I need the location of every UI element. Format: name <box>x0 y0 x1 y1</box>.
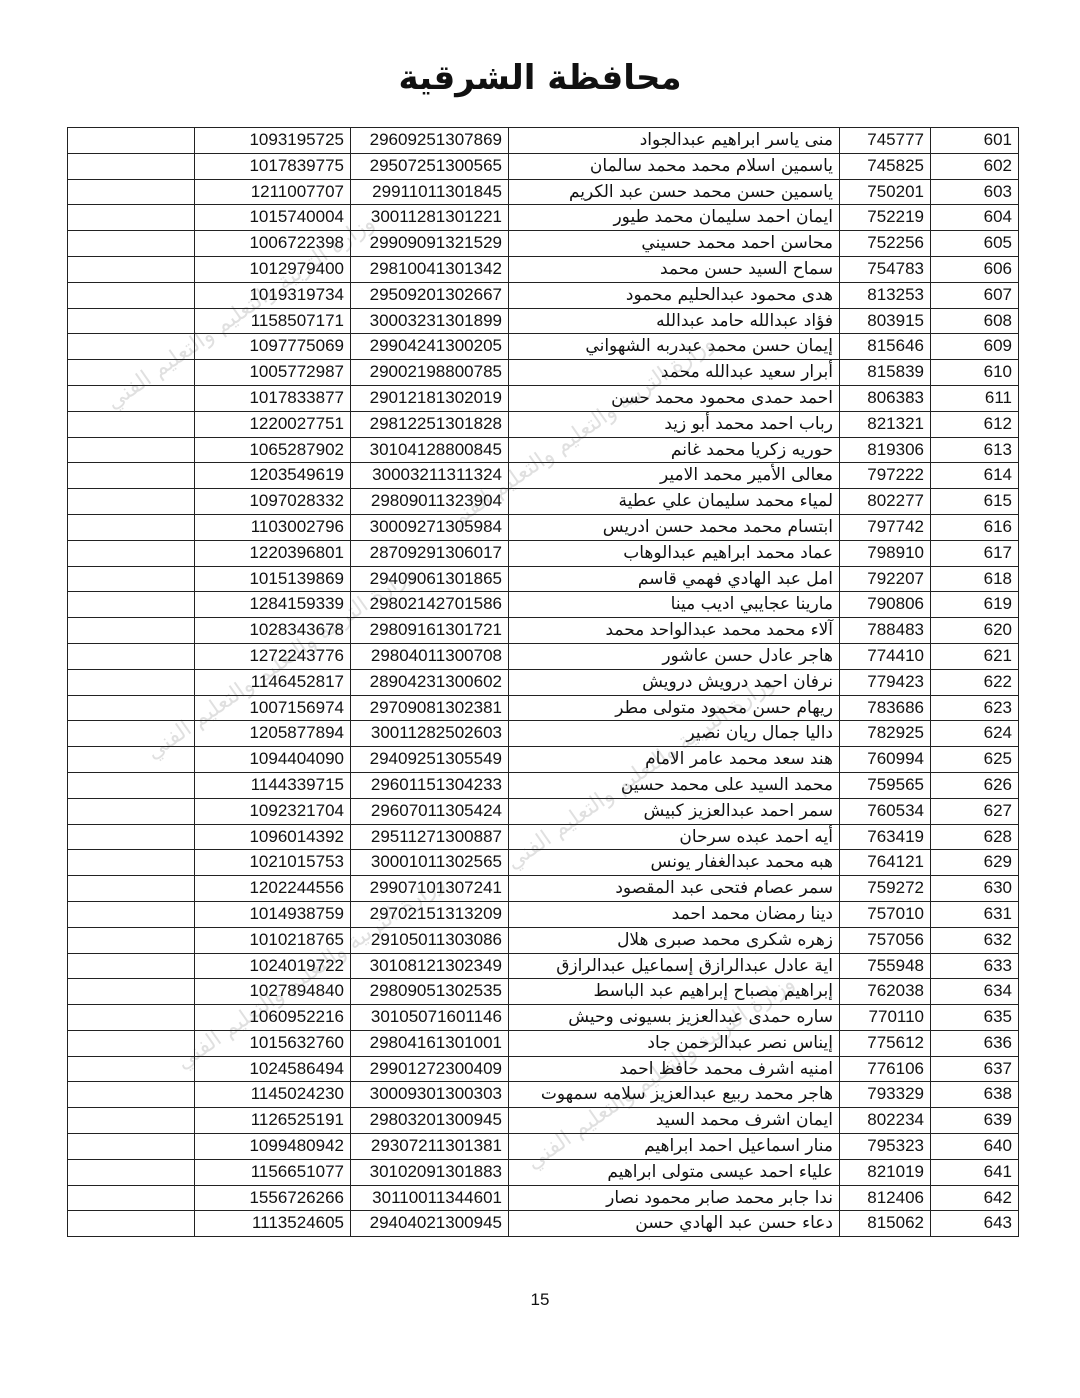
national-id-cell: 29507251300565 <box>351 153 509 179</box>
phone-cell: 1099480942 <box>195 1134 351 1160</box>
serial-cell: 631 <box>931 901 1019 927</box>
name-cell: اية عادل عبدالرازق إسماعيل عبدالرازق <box>509 953 840 979</box>
national-id-cell: 30011282502603 <box>351 721 509 747</box>
blank-cell <box>68 231 195 257</box>
serial-cell: 622 <box>931 669 1019 695</box>
national-id-cell: 30105071601146 <box>351 1005 509 1031</box>
phone-cell: 1014938759 <box>195 901 351 927</box>
phone-cell: 1284159339 <box>195 592 351 618</box>
blank-cell <box>68 179 195 205</box>
national-id-cell: 29909091321529 <box>351 231 509 257</box>
serial-cell: 643 <box>931 1211 1019 1237</box>
blank-cell <box>68 772 195 798</box>
code-cell: 782925 <box>840 721 931 747</box>
serial-cell: 608 <box>931 308 1019 334</box>
phone-cell: 1145024230 <box>195 1082 351 1108</box>
blank-cell <box>68 669 195 695</box>
phone-cell: 1144339715 <box>195 772 351 798</box>
name-cell: ايمان احمد سليمان محمد طيور <box>509 205 840 231</box>
blank-cell <box>68 747 195 773</box>
code-cell: 815839 <box>840 360 931 386</box>
name-cell: حوريه زكريا محمد غانم <box>509 437 840 463</box>
code-cell: 792207 <box>840 566 931 592</box>
national-id-cell: 29911011301845 <box>351 179 509 205</box>
code-cell: 802234 <box>840 1108 931 1134</box>
page-number: 15 <box>0 1290 1080 1310</box>
blank-cell <box>68 721 195 747</box>
table-row: 100715697429709081302381ريهام حسن محمود … <box>68 695 1019 721</box>
name-cell: هدى محمود عبدالحليم محمود <box>509 282 840 308</box>
blank-cell <box>68 850 195 876</box>
name-cell: ريهام حسن محمود متولى مطر <box>509 695 840 721</box>
serial-cell: 601 <box>931 128 1019 154</box>
table-row: 101574000430011281301221ايمان احمد سليما… <box>68 205 1019 231</box>
name-cell: معالى الأمير محمد الامير <box>509 463 840 489</box>
blank-cell <box>68 1134 195 1160</box>
national-id-cell: 29409061301865 <box>351 566 509 592</box>
phone-cell: 1015139869 <box>195 566 351 592</box>
serial-cell: 640 <box>931 1134 1019 1160</box>
national-id-cell: 29609251307869 <box>351 128 509 154</box>
table-row: 115850717130003231301899فؤاد عبدالله حام… <box>68 308 1019 334</box>
table-row: 109319572529609251307869منى ياسر ابراهيم… <box>68 128 1019 154</box>
serial-cell: 618 <box>931 566 1019 592</box>
table-row: 109702833229809011323904لمياء محمد سليما… <box>68 489 1019 515</box>
serial-cell: 628 <box>931 824 1019 850</box>
blank-cell <box>68 643 195 669</box>
code-cell: 763419 <box>840 824 931 850</box>
national-id-cell: 29607011305424 <box>351 798 509 824</box>
table-row: 121100770729911011301845ياسمين حسن محمد … <box>68 179 1019 205</box>
serial-cell: 629 <box>931 850 1019 876</box>
code-cell: 757056 <box>840 927 931 953</box>
code-cell: 745825 <box>840 153 931 179</box>
national-id-cell: 28904231300602 <box>351 669 509 695</box>
code-cell: 812406 <box>840 1185 931 1211</box>
serial-cell: 615 <box>931 489 1019 515</box>
code-cell: 821019 <box>840 1159 931 1185</box>
national-id-cell: 30009301300303 <box>351 1082 509 1108</box>
code-cell: 775612 <box>840 1030 931 1056</box>
blank-cell <box>68 128 195 154</box>
name-cell: هبه محمد عبدالغفار يونس <box>509 850 840 876</box>
serial-cell: 630 <box>931 876 1019 902</box>
phone-cell: 1096014392 <box>195 824 351 850</box>
blank-cell <box>68 153 195 179</box>
code-cell: 790806 <box>840 592 931 618</box>
roster-table: 109319572529609251307869منى ياسر ابراهيم… <box>67 127 1019 1237</box>
code-cell: 774410 <box>840 643 931 669</box>
table-row: 101513986929409061301865امل عبد الهادي ف… <box>68 566 1019 592</box>
national-id-cell: 29802142701586 <box>351 592 509 618</box>
table-row: 155672626630110011344601ندا جابر محمد صا… <box>68 1185 1019 1211</box>
code-cell: 795323 <box>840 1134 931 1160</box>
blank-cell <box>68 824 195 850</box>
code-cell: 759565 <box>840 772 931 798</box>
blank-cell <box>68 205 195 231</box>
table-row: 120354961930003211311324معالى الأمير محم… <box>68 463 1019 489</box>
national-id-cell: 30003211311324 <box>351 463 509 489</box>
serial-cell: 609 <box>931 334 1019 360</box>
serial-cell: 606 <box>931 256 1019 282</box>
blank-cell <box>68 979 195 1005</box>
phone-cell: 1146452817 <box>195 669 351 695</box>
national-id-cell: 30110011344601 <box>351 1185 509 1211</box>
name-cell: ابتسام محمد محمد حسن ادريس <box>509 514 840 540</box>
name-cell: أيه احمد عبده سرحان <box>509 824 840 850</box>
national-id-cell: 29709081302381 <box>351 695 509 721</box>
name-cell: منى ياسر ابراهيم عبدالجواد <box>509 128 840 154</box>
code-cell: 797742 <box>840 514 931 540</box>
code-cell: 821321 <box>840 411 931 437</box>
national-id-cell: 29810041301342 <box>351 256 509 282</box>
name-cell: هند سعد محمد عامر الامام <box>509 747 840 773</box>
code-cell: 757010 <box>840 901 931 927</box>
name-cell: إيناس نصر عبدالرحمن جاد <box>509 1030 840 1056</box>
name-cell: آلاء محمد محمد عبدالواحد محمد <box>509 618 840 644</box>
serial-cell: 616 <box>931 514 1019 540</box>
table-row: 120224455629907101307241سمر عصام فتحى عب… <box>68 876 1019 902</box>
serial-cell: 621 <box>931 643 1019 669</box>
national-id-cell: 30009271305984 <box>351 514 509 540</box>
blank-cell <box>68 411 195 437</box>
national-id-cell: 29002198800785 <box>351 360 509 386</box>
phone-cell: 1065287902 <box>195 437 351 463</box>
serial-cell: 602 <box>931 153 1019 179</box>
blank-cell <box>68 360 195 386</box>
phone-cell: 1005772987 <box>195 360 351 386</box>
serial-cell: 639 <box>931 1108 1019 1134</box>
national-id-cell: 30001011302565 <box>351 850 509 876</box>
phone-cell: 1126525191 <box>195 1108 351 1134</box>
national-id-cell: 29809051302535 <box>351 979 509 1005</box>
code-cell: 752256 <box>840 231 931 257</box>
table-row: 114645281728904231300602نرفان احمد درويش… <box>68 669 1019 695</box>
table-row: 109777506929904241300205إيمان حسن محمد ع… <box>68 334 1019 360</box>
phone-cell: 1024586494 <box>195 1056 351 1082</box>
phone-cell: 1556726266 <box>195 1185 351 1211</box>
national-id-cell: 29511271300887 <box>351 824 509 850</box>
serial-cell: 617 <box>931 540 1019 566</box>
code-cell: 760994 <box>840 747 931 773</box>
code-cell: 802277 <box>840 489 931 515</box>
name-cell: سمر عصام فتحى عبد المقصود <box>509 876 840 902</box>
blank-cell <box>68 798 195 824</box>
table-row: 122039680128709291306017عماد محمد ابراهي… <box>68 540 1019 566</box>
national-id-cell: 29803201300945 <box>351 1108 509 1134</box>
table-row: 102401972230108121302349اية عادل عبدالرا… <box>68 953 1019 979</box>
table-row: 102789484029809051302535إبراهيم مصباح إب… <box>68 979 1019 1005</box>
name-cell: لمياء محمد سليمان علي عطية <box>509 489 840 515</box>
national-id-cell: 30011281301221 <box>351 205 509 231</box>
code-cell: 755948 <box>840 953 931 979</box>
blank-cell <box>68 1108 195 1134</box>
table-row: 100577298729002198800785أبرار سعيد عبدال… <box>68 360 1019 386</box>
table-row: 101783387729012181302019احمد حمدى محمود … <box>68 385 1019 411</box>
table-row: 109232170429607011305424سمر احمد عبدالعز… <box>68 798 1019 824</box>
code-cell: 803915 <box>840 308 931 334</box>
serial-cell: 614 <box>931 463 1019 489</box>
code-cell: 819306 <box>840 437 931 463</box>
national-id-cell: 30003231301899 <box>351 308 509 334</box>
national-id-cell: 29809011323904 <box>351 489 509 515</box>
name-cell: علياء احمد عيسى متولى ابراهيم <box>509 1159 840 1185</box>
phone-cell: 1092321704 <box>195 798 351 824</box>
phone-cell: 1007156974 <box>195 695 351 721</box>
table-row: 127224377629804011300708هاجر عادل حسن عا… <box>68 643 1019 669</box>
table-row: 101931973429509201302667هدى محمود عبدالح… <box>68 282 1019 308</box>
phone-cell: 1019319734 <box>195 282 351 308</box>
code-cell: 788483 <box>840 618 931 644</box>
national-id-cell: 30108121302349 <box>351 953 509 979</box>
phone-cell: 1103002796 <box>195 514 351 540</box>
national-id-cell: 29404021300945 <box>351 1211 509 1237</box>
phone-cell: 1015632760 <box>195 1030 351 1056</box>
serial-cell: 624 <box>931 721 1019 747</box>
code-cell: 779423 <box>840 669 931 695</box>
serial-cell: 610 <box>931 360 1019 386</box>
code-cell: 770110 <box>840 1005 931 1031</box>
table-row: 109948094229307211301381منار اسماعيل احم… <box>68 1134 1019 1160</box>
national-id-cell: 29904241300205 <box>351 334 509 360</box>
serial-cell: 626 <box>931 772 1019 798</box>
national-id-cell: 30102091301883 <box>351 1159 509 1185</box>
table-row: 102834367829809161301721آلاء محمد محمد ع… <box>68 618 1019 644</box>
code-cell: 762038 <box>840 979 931 1005</box>
blank-cell <box>68 953 195 979</box>
serial-cell: 627 <box>931 798 1019 824</box>
phone-cell: 1097028332 <box>195 489 351 515</box>
name-cell: داليا جمال ريان نصير <box>509 721 840 747</box>
phone-cell: 1010218765 <box>195 927 351 953</box>
blank-cell <box>68 618 195 644</box>
table-row: 122002775129812251301828رباب احمد محمد أ… <box>68 411 1019 437</box>
name-cell: إبراهيم مصباح إبراهيم عبد الباسط <box>509 979 840 1005</box>
phone-cell: 1060952216 <box>195 1005 351 1031</box>
national-id-cell: 29105011303086 <box>351 927 509 953</box>
blank-cell <box>68 256 195 282</box>
blank-cell <box>68 592 195 618</box>
table-row: 102101575330001011302565هبه محمد عبدالغف… <box>68 850 1019 876</box>
phone-cell: 1093195725 <box>195 128 351 154</box>
national-id-cell: 29907101307241 <box>351 876 509 902</box>
serial-cell: 642 <box>931 1185 1019 1211</box>
name-cell: محاسن احمد محمد حسيني <box>509 231 840 257</box>
phone-cell: 1272243776 <box>195 643 351 669</box>
phone-cell: 1015740004 <box>195 205 351 231</box>
phone-cell: 1220396801 <box>195 540 351 566</box>
table-row: 114433971529601151304233محمد السيد على م… <box>68 772 1019 798</box>
national-id-cell: 29307211301381 <box>351 1134 509 1160</box>
blank-cell <box>68 1056 195 1082</box>
table-row: 120587789430011282502603داليا جمال ريان … <box>68 721 1019 747</box>
national-id-cell: 29012181302019 <box>351 385 509 411</box>
national-id-cell: 29409251305549 <box>351 747 509 773</box>
blank-cell <box>68 463 195 489</box>
blank-cell <box>68 927 195 953</box>
serial-cell: 605 <box>931 231 1019 257</box>
code-cell: 745777 <box>840 128 931 154</box>
name-cell: منار اسماعيل احمد ابراهيم <box>509 1134 840 1160</box>
name-cell: احمد حمدى محمود محمد حسن <box>509 385 840 411</box>
name-cell: هاجر عادل حسن عاشور <box>509 643 840 669</box>
serial-cell: 625 <box>931 747 1019 773</box>
national-id-cell: 28709291306017 <box>351 540 509 566</box>
table-row: 101493875929702151313209دينا رمضان محمد … <box>68 901 1019 927</box>
serial-cell: 603 <box>931 179 1019 205</box>
code-cell: 752219 <box>840 205 931 231</box>
code-cell: 815646 <box>840 334 931 360</box>
phone-cell: 1024019722 <box>195 953 351 979</box>
roster-table-body: 109319572529609251307869منى ياسر ابراهيم… <box>68 128 1019 1237</box>
national-id-cell: 30104128800845 <box>351 437 509 463</box>
blank-cell <box>68 334 195 360</box>
table-row: 101563276029804161301001إيناس نصر عبدالر… <box>68 1030 1019 1056</box>
serial-cell: 613 <box>931 437 1019 463</box>
serial-cell: 620 <box>931 618 1019 644</box>
phone-cell: 1113524605 <box>195 1211 351 1237</box>
serial-cell: 634 <box>931 979 1019 1005</box>
name-cell: سماح السيد حسن محمد <box>509 256 840 282</box>
code-cell: 815062 <box>840 1211 931 1237</box>
table-row: 102458649429901272300409امنيه اشرف محمد … <box>68 1056 1019 1082</box>
name-cell: دينا رمضان محمد احمد <box>509 901 840 927</box>
table-row: 101783977529507251300565ياسمين اسلام محم… <box>68 153 1019 179</box>
table-row: 111352460529404021300945دعاء حسن عبد اله… <box>68 1211 1019 1237</box>
name-cell: إيمان حسن محمد عبدربه الشهواني <box>509 334 840 360</box>
table-row: 106528790230104128800845حوريه زكريا محمد… <box>68 437 1019 463</box>
name-cell: محمد السيد على محمد حسين <box>509 772 840 798</box>
name-cell: فؤاد عبدالله حامد عبدالله <box>509 308 840 334</box>
phone-cell: 1097775069 <box>195 334 351 360</box>
table-row: 106095221630105071601146ساره حمدى عبدالع… <box>68 1005 1019 1031</box>
serial-cell: 633 <box>931 953 1019 979</box>
code-cell: 798910 <box>840 540 931 566</box>
national-id-cell: 29601151304233 <box>351 772 509 798</box>
serial-cell: 619 <box>931 592 1019 618</box>
name-cell: نرفان احمد درويش درويش <box>509 669 840 695</box>
national-id-cell: 29509201302667 <box>351 282 509 308</box>
blank-cell <box>68 1159 195 1185</box>
name-cell: عماد محمد ابراهيم عبدالوهاب <box>509 540 840 566</box>
national-id-cell: 29901272300409 <box>351 1056 509 1082</box>
blank-cell <box>68 1185 195 1211</box>
blank-cell <box>68 514 195 540</box>
serial-cell: 612 <box>931 411 1019 437</box>
name-cell: دعاء حسن عبد الهادي حسن <box>509 1211 840 1237</box>
table-row: 114502423030009301300303هاجر محمد ربيع ع… <box>68 1082 1019 1108</box>
serial-cell: 632 <box>931 927 1019 953</box>
table-row: 110300279630009271305984ابتسام محمد محمد… <box>68 514 1019 540</box>
phone-cell: 1205877894 <box>195 721 351 747</box>
name-cell: امنيه اشرف محمد حافظ احمد <box>509 1056 840 1082</box>
national-id-cell: 29809161301721 <box>351 618 509 644</box>
serial-cell: 641 <box>931 1159 1019 1185</box>
phone-cell: 1094404090 <box>195 747 351 773</box>
serial-cell: 604 <box>931 205 1019 231</box>
name-cell: زهره شكرى محمد صبرى هلال <box>509 927 840 953</box>
code-cell: 760534 <box>840 798 931 824</box>
name-cell: امل عبد الهادي فهمي قاسم <box>509 566 840 592</box>
phone-cell: 1202244556 <box>195 876 351 902</box>
phone-cell: 1158507171 <box>195 308 351 334</box>
name-cell: سمر احمد عبدالعزيز كبيش <box>509 798 840 824</box>
blank-cell <box>68 1030 195 1056</box>
serial-cell: 636 <box>931 1030 1019 1056</box>
national-id-cell: 29702151313209 <box>351 901 509 927</box>
national-id-cell: 29804011300708 <box>351 643 509 669</box>
code-cell: 797222 <box>840 463 931 489</box>
table-row: 109601439229511271300887أيه احمد عبده سر… <box>68 824 1019 850</box>
blank-cell <box>68 489 195 515</box>
blank-cell <box>68 437 195 463</box>
name-cell: ندا جابر محمد صابر محمود نصار <box>509 1185 840 1211</box>
serial-cell: 607 <box>931 282 1019 308</box>
blank-cell <box>68 876 195 902</box>
blank-cell <box>68 540 195 566</box>
serial-cell: 637 <box>931 1056 1019 1082</box>
phone-cell: 1156651077 <box>195 1159 351 1185</box>
code-cell: 793329 <box>840 1082 931 1108</box>
national-id-cell: 29812251301828 <box>351 411 509 437</box>
name-cell: ساره حمدى عبدالعزيز بسيونى وحيش <box>509 1005 840 1031</box>
code-cell: 764121 <box>840 850 931 876</box>
code-cell: 806383 <box>840 385 931 411</box>
phone-cell: 1027894840 <box>195 979 351 1005</box>
serial-cell: 623 <box>931 695 1019 721</box>
phone-cell: 1220027751 <box>195 411 351 437</box>
table-row: 101021876529105011303086زهره شكرى محمد ص… <box>68 927 1019 953</box>
blank-cell <box>68 385 195 411</box>
phone-cell: 1021015753 <box>195 850 351 876</box>
code-cell: 759272 <box>840 876 931 902</box>
phone-cell: 1203549619 <box>195 463 351 489</box>
phone-cell: 1028343678 <box>195 618 351 644</box>
blank-cell <box>68 282 195 308</box>
serial-cell: 635 <box>931 1005 1019 1031</box>
phone-cell: 1017833877 <box>195 385 351 411</box>
name-cell: أبرار سعيد عبدالله محمد <box>509 360 840 386</box>
phone-cell: 1017839775 <box>195 153 351 179</box>
name-cell: رباب احمد محمد أبو زيد <box>509 411 840 437</box>
serial-cell: 638 <box>931 1082 1019 1108</box>
name-cell: مارينا عجايبي اديب مينا <box>509 592 840 618</box>
table-row: 109440409029409251305549هند سعد محمد عام… <box>68 747 1019 773</box>
table-row: 128415933929802142701586مارينا عجايبي اد… <box>68 592 1019 618</box>
name-cell: ايمان اشرف محمد السيد <box>509 1108 840 1134</box>
table-row: 100672239829909091321529محاسن احمد محمد … <box>68 231 1019 257</box>
blank-cell <box>68 695 195 721</box>
blank-cell <box>68 1005 195 1031</box>
name-cell: ياسمين اسلام محمد محمد سالمان <box>509 153 840 179</box>
code-cell: 754783 <box>840 256 931 282</box>
blank-cell <box>68 308 195 334</box>
code-cell: 813253 <box>840 282 931 308</box>
name-cell: هاجر محمد ربيع عبدالعزيز سلامه سمهوت <box>509 1082 840 1108</box>
name-cell: ياسمين حسن محمد حسن عبد الكريم <box>509 179 840 205</box>
code-cell: 776106 <box>840 1056 931 1082</box>
phone-cell: 1211007707 <box>195 179 351 205</box>
table-row: 101297940029810041301342سماح السيد حسن م… <box>68 256 1019 282</box>
serial-cell: 611 <box>931 385 1019 411</box>
phone-cell: 1012979400 <box>195 256 351 282</box>
national-id-cell: 29804161301001 <box>351 1030 509 1056</box>
table-row: 112652519129803201300945ايمان اشرف محمد … <box>68 1108 1019 1134</box>
blank-cell <box>68 1082 195 1108</box>
blank-cell <box>68 901 195 927</box>
blank-cell <box>68 566 195 592</box>
blank-cell <box>68 1211 195 1237</box>
